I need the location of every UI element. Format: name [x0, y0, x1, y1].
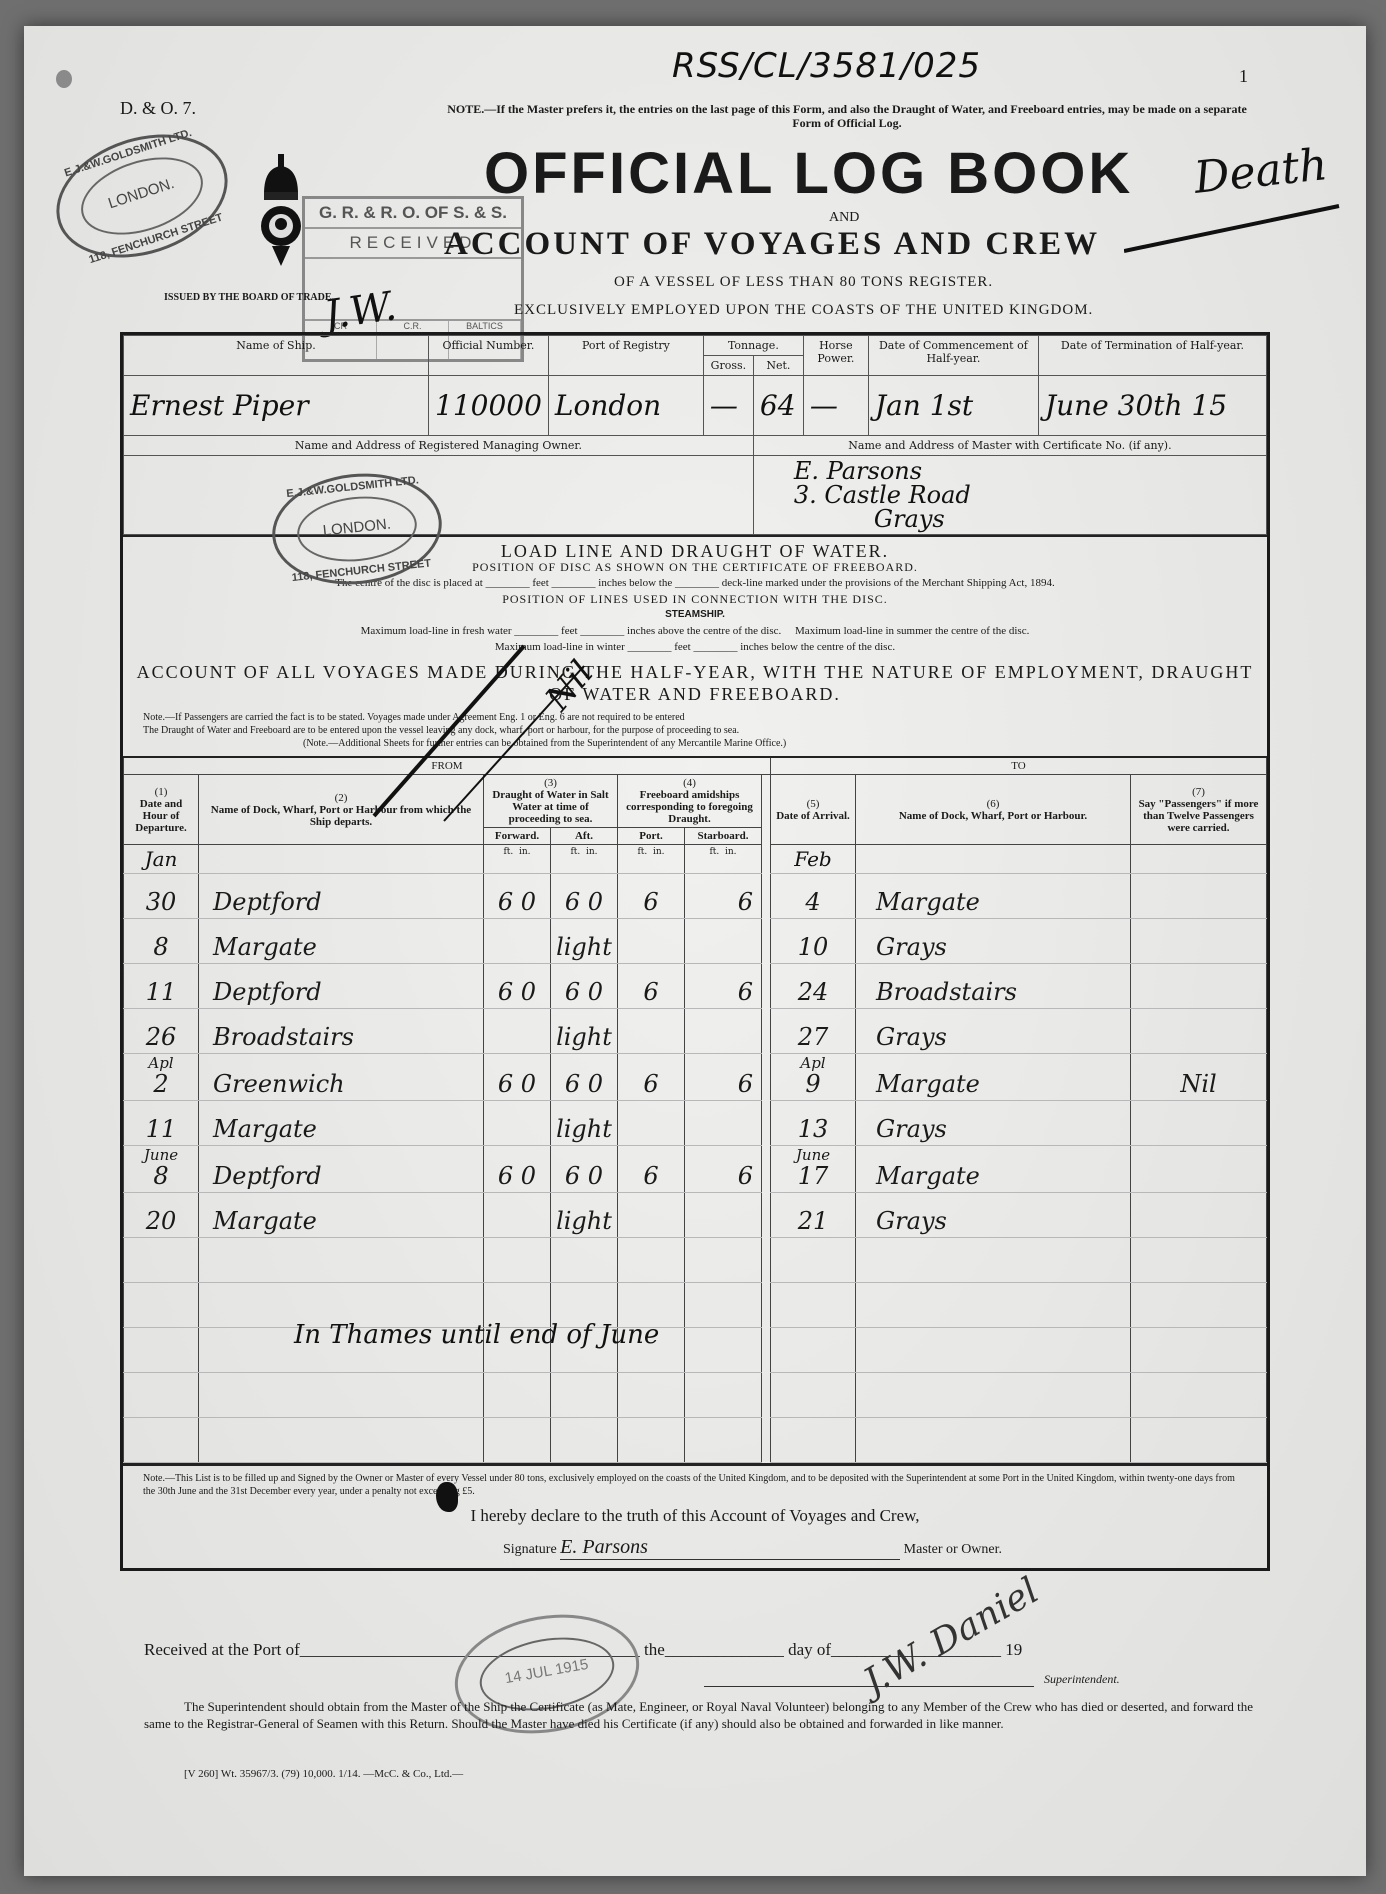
- table-row: 26Broadstairslight27Grays: [124, 1009, 1267, 1054]
- empty-cell: [685, 1418, 762, 1463]
- spacer: [762, 1146, 771, 1193]
- passengers-cell: [1131, 1193, 1267, 1238]
- account-heading: ACCOUNT OF ALL VOYAGES MADE DURING THE H…: [123, 661, 1267, 705]
- received-text: day of: [788, 1640, 831, 1659]
- empty-cell: [551, 1373, 618, 1418]
- fresh-text: inches above the centre of the disc.: [627, 625, 781, 637]
- account-note-2: The Draught of Water and Freeboard are t…: [143, 724, 1267, 737]
- col-label: Freeboard amidships corresponding to for…: [620, 789, 759, 825]
- unit-in: in.: [725, 847, 737, 857]
- port-freeboard-cell: [618, 1193, 685, 1238]
- aft-cell: light: [551, 1101, 618, 1146]
- label-horse-power: Horse Power.: [803, 336, 868, 376]
- departure-cell: 20: [124, 1193, 199, 1238]
- label-port: Port of Registry: [548, 336, 703, 376]
- arr-day: 24: [773, 978, 853, 1006]
- col-label: Date of Arrival.: [773, 810, 853, 822]
- table-row: 20Margatelight21Grays: [124, 1193, 1267, 1238]
- empty-cell: [124, 1238, 199, 1283]
- empty-cell: [856, 1283, 1131, 1328]
- departure-cell: 26: [124, 1009, 199, 1054]
- dep-day: 2: [126, 1070, 196, 1098]
- aft-cell: light: [551, 1009, 618, 1054]
- starboard-freeboard-cell: [685, 1193, 762, 1238]
- winter-text: feet: [674, 641, 690, 653]
- empty-cell: [856, 1238, 1131, 1283]
- aft-cell: light: [551, 1193, 618, 1238]
- arr-day: 9: [773, 1070, 853, 1098]
- archive-reference: RSS/CL/3581/025: [672, 46, 981, 86]
- from-port-cell: Deptford: [199, 874, 484, 919]
- horse-power-value: —: [803, 376, 868, 436]
- disc-text: deck-line marked under the provisions of…: [722, 577, 1055, 589]
- spacer: [762, 874, 771, 919]
- label-owner: Name and Address of Registered Managing …: [124, 436, 754, 456]
- aft-cell: 6 0: [551, 964, 618, 1009]
- empty-cell: [771, 1283, 856, 1328]
- to-port-cell: Grays: [856, 1009, 1131, 1054]
- empty-cell: [762, 1283, 771, 1328]
- col-num: (6): [858, 798, 1128, 810]
- superintendent-line: [704, 1686, 1034, 1687]
- empty-cell: [685, 1328, 762, 1373]
- arrival-cell: 13: [771, 1101, 856, 1146]
- forward-cell: 6 0: [484, 964, 551, 1009]
- empty-cell: [484, 1418, 551, 1463]
- aft-cell: 6 0: [551, 1146, 618, 1193]
- subtitle-line1: OF A VESSEL OF LESS THAN 80 TONS REGISTE…: [614, 274, 993, 291]
- voyage-remark: In Thames until end of June: [294, 1320, 659, 1350]
- label-commencement: Date of Commencement of Half-year.: [868, 336, 1038, 376]
- passengers-cell: [1131, 919, 1267, 964]
- empty-cell: [1131, 1373, 1267, 1418]
- winter-line: Maximum load-line in winter ________ fee…: [123, 639, 1267, 655]
- empty-cell: [199, 1373, 484, 1418]
- unit-ft: ft.: [637, 847, 647, 857]
- sub-forward: Forward.: [484, 828, 551, 845]
- arr-month: Apl: [773, 1056, 853, 1070]
- dep-month: June: [126, 1148, 196, 1162]
- unit-ft: ft.: [570, 847, 580, 857]
- arrival-cell: 27: [771, 1009, 856, 1054]
- empty-cell: [856, 1373, 1131, 1418]
- departure-cell: June8: [124, 1146, 199, 1193]
- log-book-page: RSS/CL/3581/025 1 D. & O. 7. NOTE.—If th…: [24, 26, 1366, 1876]
- departure-cell: Apl2: [124, 1054, 199, 1101]
- forward-cell: [484, 1193, 551, 1238]
- passengers-cell: Nil: [1131, 1054, 1267, 1101]
- termination-year: 15: [1191, 389, 1227, 422]
- issued-by: ISSUED BY THE BOARD OF TRADE.: [164, 292, 334, 303]
- empty-cell: [618, 1373, 685, 1418]
- table-row: 11Margatelight13Grays: [124, 1101, 1267, 1146]
- starboard-freeboard-cell: 6: [685, 964, 762, 1009]
- empty-cell: [685, 1373, 762, 1418]
- table-row: 8Margatelight10Grays: [124, 919, 1267, 964]
- ship-name-value: Ernest Piper: [124, 376, 429, 436]
- arrival-cell: 10: [771, 919, 856, 964]
- unit-cell: ft. in.: [685, 845, 762, 874]
- col-num: (4): [620, 777, 759, 789]
- empty-cell: [484, 1238, 551, 1283]
- arrival-cell: 4: [771, 874, 856, 919]
- commencement-value: Jan 1st: [868, 376, 1038, 436]
- col-label: Say "Passengers" if more than Twelve Pas…: [1133, 798, 1264, 834]
- printer-line: [V 260] Wt. 35967/3. (79) 10,000. 1/14. …: [184, 1768, 463, 1780]
- received-text: Received at the Port of: [144, 1640, 300, 1659]
- empty-cell: [762, 1238, 771, 1283]
- passengers-cell: [1131, 1101, 1267, 1146]
- sub-port: Port.: [618, 828, 685, 845]
- table-row: 30Deptford6 06 0664Margate: [124, 874, 1267, 919]
- master-town: Grays: [794, 507, 1264, 531]
- termination-date: June 30th: [1045, 389, 1183, 422]
- termination-value: June 30th 15: [1038, 376, 1266, 436]
- title-and: AND: [829, 210, 859, 226]
- empty-row: [124, 1418, 1267, 1463]
- passengers-cell: [1131, 1009, 1267, 1054]
- arr-month: June: [773, 1148, 853, 1162]
- empty-cell: [762, 1328, 771, 1373]
- unit-cell: ft. in.: [484, 845, 551, 874]
- col-num: (5): [773, 798, 853, 810]
- spacer: [762, 775, 771, 828]
- col-passengers: (7)Say "Passengers" if more than Twelve …: [1131, 775, 1267, 845]
- arr-day: 17: [773, 1162, 853, 1190]
- starboard-freeboard-cell: 6: [685, 1054, 762, 1101]
- empty-cell: [771, 1418, 856, 1463]
- dep-day: 26: [126, 1023, 196, 1051]
- from-port-cell: Greenwich: [199, 1054, 484, 1101]
- ink-blot: [436, 1482, 458, 1512]
- master-or-owner: Master or Owner.: [904, 1542, 1002, 1557]
- dep-day: 11: [126, 978, 196, 1006]
- cell: [1131, 845, 1267, 874]
- form-code: D. & O. 7.: [120, 98, 196, 119]
- empty-cell: [771, 1373, 856, 1418]
- cell: [199, 845, 484, 874]
- to-port-cell: Margate: [856, 874, 1131, 919]
- empty-cell: [762, 1418, 771, 1463]
- spacer: [762, 919, 771, 964]
- disc-text: feet: [532, 577, 548, 589]
- aft-cell: light: [551, 919, 618, 964]
- page-number: 1: [1239, 66, 1248, 87]
- col-freeboard: (4)Freeboard amidships corresponding to …: [618, 775, 762, 828]
- to-port-cell: Broadstairs: [856, 964, 1131, 1009]
- label-master: Name and Address of Master with Certific…: [753, 436, 1266, 456]
- arrival-cell: 24: [771, 964, 856, 1009]
- unit-in: in.: [586, 847, 598, 857]
- disc-text: inches below the: [598, 577, 672, 589]
- arr-day: 10: [773, 933, 853, 961]
- label-tonnage: Tonnage.: [703, 336, 803, 356]
- empty-cell: [1131, 1328, 1267, 1373]
- summer-text: Maximum load-line in summer the centre o…: [795, 625, 1029, 637]
- signature-value: E. Parsons: [560, 1536, 900, 1560]
- empty-cell: [1131, 1283, 1267, 1328]
- voyage-rows: Jan ft. in. ft. in. ft. in. ft. in. Feb …: [124, 845, 1267, 1463]
- empty-cell: [685, 1238, 762, 1283]
- arr-day: 13: [773, 1115, 853, 1143]
- arrival-cell: Apl9: [771, 1054, 856, 1101]
- passengers-cell: [1131, 874, 1267, 919]
- signature-label: Signature: [503, 1542, 557, 1557]
- col-num: (1): [126, 786, 196, 798]
- label-termination: Date of Termination of Half-year.: [1038, 336, 1266, 376]
- account-note-1: Note.—If Passengers are carried the fact…: [143, 711, 1267, 724]
- starboard-freeboard-cell: 6: [685, 874, 762, 919]
- unit-cell: ft. in.: [618, 845, 685, 874]
- unit-ft: ft.: [709, 847, 719, 857]
- empty-cell: [199, 1418, 484, 1463]
- top-note: NOTE.—If the Master prefers it, the entr…: [442, 102, 1252, 130]
- table-row: June8Deptford6 06 066June17Margate: [124, 1146, 1267, 1193]
- departure-cell: 30: [124, 874, 199, 919]
- empty-cell: [685, 1283, 762, 1328]
- arrival-cell: June17: [771, 1146, 856, 1193]
- passengers-cell: [1131, 964, 1267, 1009]
- to-port-cell: Grays: [856, 919, 1131, 964]
- empty-cell: [771, 1238, 856, 1283]
- empty-row: [124, 1238, 1267, 1283]
- empty-cell: [124, 1418, 199, 1463]
- subtitle: ACCOUNT OF VOYAGES AND CREW: [444, 226, 1100, 263]
- royal-crest-icon: [260, 154, 302, 274]
- account-notes: Note.—If Passengers are carried the fact…: [123, 711, 1267, 750]
- goldsmith-stamp: E.J.&W.GOLDSMITH LTD. LONDON. 118, FENCH…: [40, 114, 243, 279]
- port-freeboard-cell: 6: [618, 1146, 685, 1193]
- port-freeboard-cell: [618, 1009, 685, 1054]
- footer-note: Note.—This List is to be filled up and S…: [123, 1463, 1267, 1498]
- empty-cell: [1131, 1238, 1267, 1283]
- group-to: TO: [771, 757, 1267, 775]
- superintendent-signature: J.W. Daniel: [857, 1570, 1046, 1703]
- death-annotation: Death: [1192, 139, 1330, 204]
- port-freeboard-cell: [618, 1101, 685, 1146]
- first-dep-month: Jan: [124, 845, 199, 874]
- dep-day: 30: [126, 888, 196, 916]
- winter-text: inches below the centre of the disc.: [740, 641, 895, 653]
- declaration: I hereby declare to the truth of this Ac…: [123, 1506, 1267, 1526]
- forward-cell: [484, 1009, 551, 1054]
- port-freeboard-cell: 6: [618, 964, 685, 1009]
- empty-cell: [856, 1328, 1131, 1373]
- from-port-cell: Margate: [199, 1193, 484, 1238]
- to-port-cell: Margate: [856, 1146, 1131, 1193]
- col-departure: (1)Date and Hour of Departure.: [124, 775, 199, 845]
- label-net: Net.: [753, 356, 803, 376]
- empty-cell: [124, 1283, 199, 1328]
- port-freeboard-cell: 6: [618, 1054, 685, 1101]
- passengers-cell: [1131, 1146, 1267, 1193]
- from-port-cell: Deptford: [199, 1146, 484, 1193]
- arrival-cell: 21: [771, 1193, 856, 1238]
- unit-in: in.: [653, 847, 665, 857]
- starboard-freeboard-cell: [685, 919, 762, 964]
- spacer: [762, 1193, 771, 1238]
- dep-day: 20: [126, 1207, 196, 1235]
- spacer: [762, 845, 771, 874]
- empty-cell: [618, 1418, 685, 1463]
- from-port-cell: Deptford: [199, 964, 484, 1009]
- arr-day: 4: [773, 888, 853, 916]
- empty-cell: [618, 1238, 685, 1283]
- lines-heading: POSITION OF LINES USED IN CONNECTION WIT…: [123, 591, 1267, 607]
- dep-month: Apl: [126, 1056, 196, 1070]
- forward-cell: [484, 919, 551, 964]
- steamship-label: STEAMSHIP.: [123, 607, 1267, 623]
- punch-hole: [56, 70, 72, 88]
- table-row: 11Deptford6 06 06624Broadstairs: [124, 964, 1267, 1009]
- col-label: Date and Hour of Departure.: [126, 798, 196, 834]
- unit-cell: ft. in.: [551, 845, 618, 874]
- label-official-number: Official Number.: [429, 336, 549, 376]
- empty-cell: [124, 1373, 199, 1418]
- to-port-cell: Margate: [856, 1054, 1131, 1101]
- official-number-value: 110000: [429, 376, 549, 436]
- from-port-cell: Broadstairs: [199, 1009, 484, 1054]
- dep-day: 8: [126, 1162, 196, 1190]
- dep-day: 8: [126, 933, 196, 961]
- empty-cell: [199, 1238, 484, 1283]
- page-title: OFFICIAL LOG BOOK: [484, 140, 1133, 207]
- signature-line: Signature E. Parsons Master or Owner.: [503, 1536, 1267, 1560]
- empty-cell: [762, 1373, 771, 1418]
- starboard-freeboard-cell: 6: [685, 1146, 762, 1193]
- label-ship-name: Name of Ship.: [124, 336, 429, 376]
- first-arr-month: Feb: [771, 845, 856, 874]
- from-port-cell: Margate: [199, 1101, 484, 1146]
- master-value: E. Parsons 3. Castle Road Grays: [753, 456, 1266, 535]
- spacer: [762, 1009, 771, 1054]
- forward-cell: [484, 1101, 551, 1146]
- port-freeboard-cell: [618, 919, 685, 964]
- empty-cell: [856, 1418, 1131, 1463]
- spacer: [762, 1054, 771, 1101]
- departure-cell: 11: [124, 1101, 199, 1146]
- annotation-stroke: [1124, 196, 1344, 256]
- sub-starboard: Starboard.: [685, 828, 762, 845]
- label-gross: Gross.: [703, 356, 753, 376]
- master-name: E. Parsons: [794, 459, 1264, 483]
- aft-cell: 6 0: [551, 874, 618, 919]
- empty-cell: [484, 1373, 551, 1418]
- departure-cell: 11: [124, 964, 199, 1009]
- col-to: (6)Name of Dock, Wharf, Port or Harbour.: [856, 775, 1131, 845]
- empty-cell: [551, 1238, 618, 1283]
- col-num: (7): [1133, 786, 1264, 798]
- port-freeboard-cell: 6: [618, 874, 685, 919]
- cell: [856, 845, 1131, 874]
- from-port-cell: Margate: [199, 919, 484, 964]
- spacer: [762, 828, 771, 845]
- empty-cell: [124, 1328, 199, 1373]
- empty-cell: [1131, 1418, 1267, 1463]
- aft-cell: 6 0: [551, 1054, 618, 1101]
- spacer: [762, 964, 771, 1009]
- col-label: Name of Dock, Wharf, Port or Harbour.: [858, 810, 1128, 822]
- received-text: 19: [1005, 1640, 1022, 1659]
- account-note-3: (Note.—Additional Sheets for further ent…: [143, 737, 1267, 750]
- forward-cell: 6 0: [484, 1054, 551, 1101]
- subtitle-line2: EXCLUSIVELY EMPLOYED UPON THE COASTS OF …: [514, 302, 1093, 319]
- net-value: 64: [753, 376, 803, 436]
- sub-aft: Aft.: [551, 828, 618, 845]
- empty-row: [124, 1373, 1267, 1418]
- units-row: Jan ft. in. ft. in. ft. in. ft. in. Feb: [124, 845, 1267, 874]
- to-port-cell: Grays: [856, 1193, 1131, 1238]
- empty-cell: [551, 1418, 618, 1463]
- received-text: the: [644, 1640, 665, 1659]
- fresh-water-line: Maximum load-line in fresh water _______…: [123, 623, 1267, 639]
- master-address: 3. Castle Road: [794, 483, 1264, 507]
- departure-cell: 8: [124, 919, 199, 964]
- table-row: Apl2Greenwich6 06 066Apl9MargateNil: [124, 1054, 1267, 1101]
- port-value: London: [548, 376, 703, 436]
- to-port-cell: Grays: [856, 1101, 1131, 1146]
- gross-value: —: [703, 376, 753, 436]
- instructions-paragraph: The Superintendent should obtain from th…: [144, 1698, 1274, 1732]
- arr-day: 27: [773, 1023, 853, 1051]
- forward-cell: 6 0: [484, 1146, 551, 1193]
- starboard-freeboard-cell: [685, 1101, 762, 1146]
- superintendent-label: Superintendent.: [1044, 1672, 1120, 1687]
- arr-day: 21: [773, 1207, 853, 1235]
- col-arrival: (5)Date of Arrival.: [771, 775, 856, 845]
- voyage-table: FROM TO (1)Date and Hour of Departure. (…: [123, 756, 1267, 1463]
- unit-ft: ft.: [503, 847, 513, 857]
- empty-cell: [771, 1328, 856, 1373]
- starboard-freeboard-cell: [685, 1009, 762, 1054]
- dep-day: 11: [126, 1115, 196, 1143]
- forward-cell: 6 0: [484, 874, 551, 919]
- spacer: [762, 1101, 771, 1146]
- unit-in: in.: [519, 847, 531, 857]
